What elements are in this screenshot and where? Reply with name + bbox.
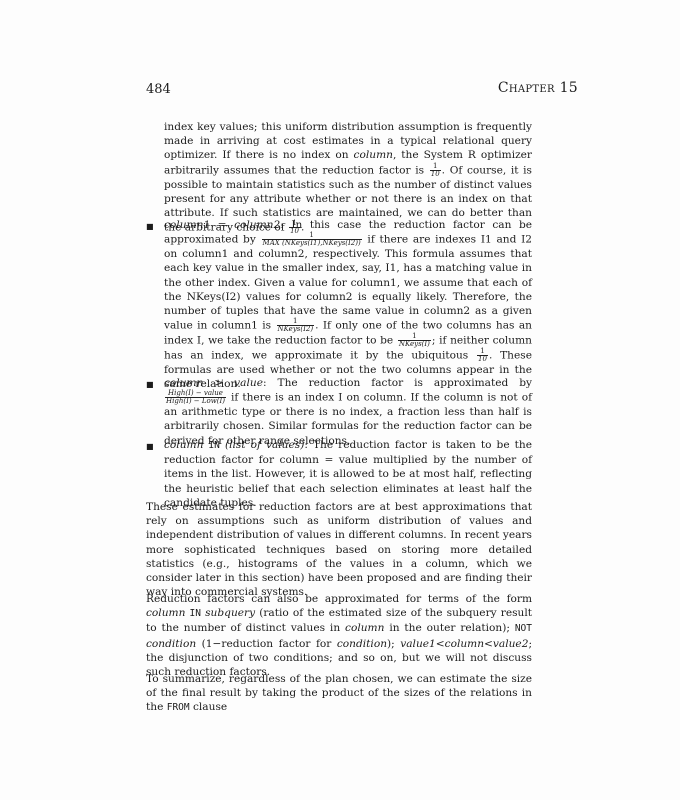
bullet-icon: ■ (146, 378, 154, 392)
fraction: 1NKeys(I) (398, 333, 431, 348)
fraction: 1MAX (NKeys(I1),NKeys(I2)) (262, 232, 362, 247)
paragraph-other-factors: Reduction factors can also be approximat… (146, 592, 532, 679)
fraction: 110 (430, 163, 441, 178)
paragraph-summary: To summarize, regardless of the plan cho… (146, 672, 532, 716)
bullet-icon: ■ (146, 220, 154, 234)
chapter-heading: Chapter 15 (498, 80, 578, 96)
bullet-icon: ■ (146, 440, 154, 454)
fraction: 110 (477, 348, 488, 363)
bullet-item-equality: column1 = column2: In this case the redu… (164, 218, 532, 392)
paragraph-estimates: These estimates for reduction factors ar… (146, 500, 532, 599)
fraction: 1NKeys(I2) (277, 318, 315, 333)
fraction: High(I) − valueHigh(I) − Low(I) (165, 390, 226, 405)
document-page: 484 Chapter 15 index key values; this un… (0, 0, 680, 800)
page-number: 484 (146, 82, 171, 97)
